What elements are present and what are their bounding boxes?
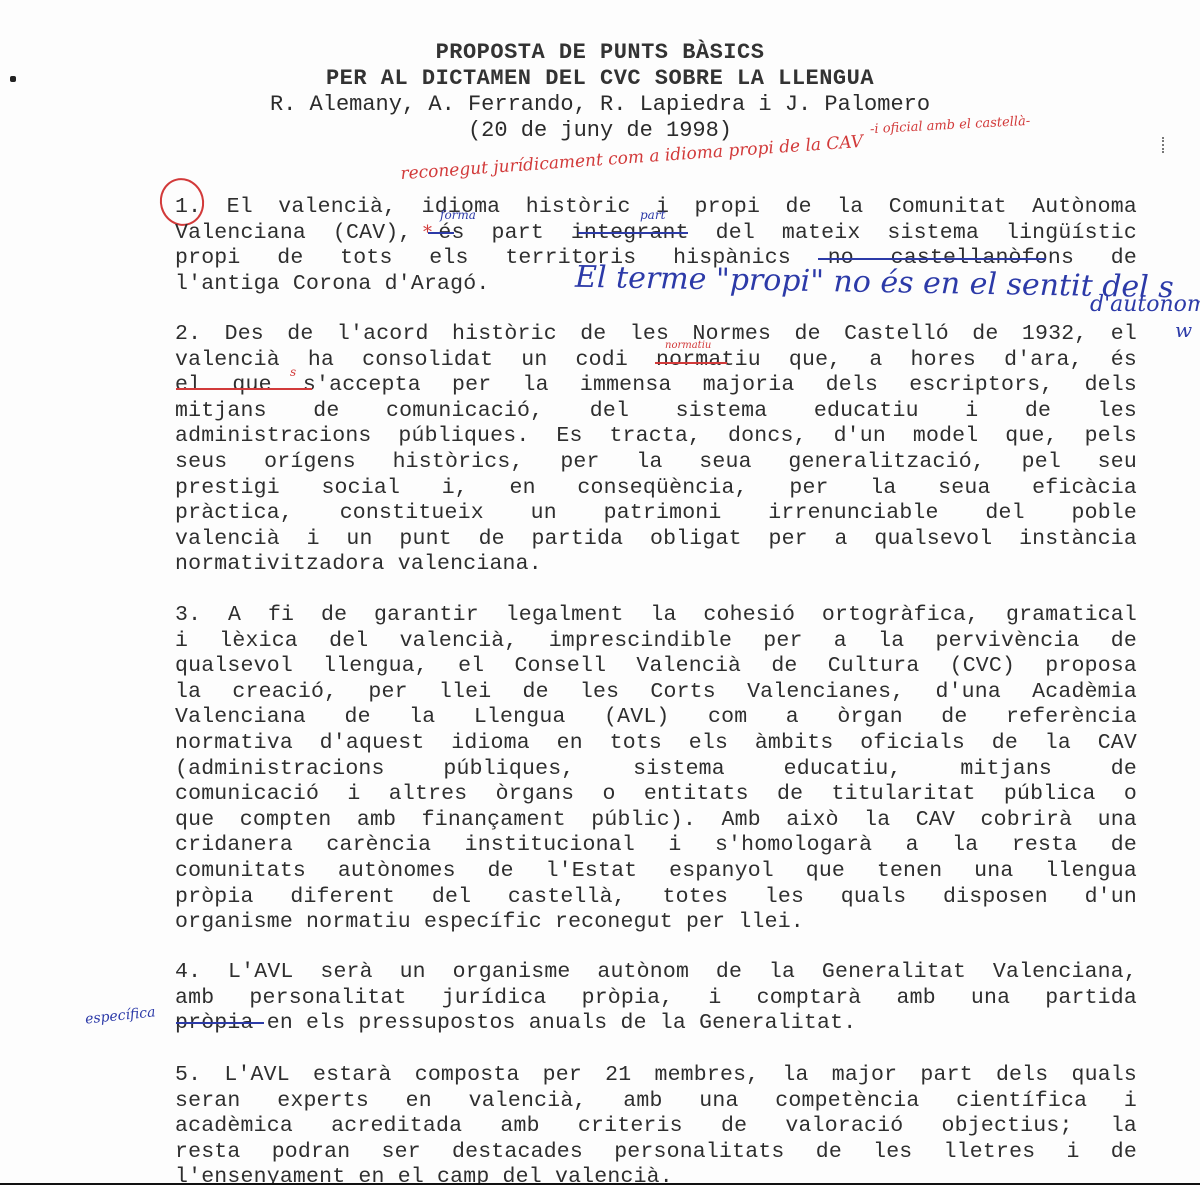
strikethrough-normatiu (655, 362, 727, 364)
paragraph-line: valencià ha consolidat un codi normatiu … (175, 348, 1137, 374)
paragraph-5: 5. L'AVL estarà composta per 21 membres,… (175, 1063, 1137, 1185)
handwritten-normatiu: normatiu (665, 340, 711, 351)
paragraph-line: organisme normatiu específic reconegut p… (175, 910, 1137, 936)
paragraph-line: (administracions públiques, sistema educ… (175, 757, 1137, 783)
handwritten-s: s (290, 365, 296, 379)
strikethrough-el-que (176, 388, 312, 390)
handwritten-note-autonomia: d'autonom (1090, 292, 1200, 317)
paragraph-3: 3. A fi de garantir legalment la cohesió… (175, 603, 1137, 936)
paragraph-line: pròpia diferent del castellà, totes les … (175, 885, 1137, 911)
title-line-1: PROPOSTA DE PUNTS BÀSICS (0, 40, 1200, 66)
paragraph-line: 4. L'AVL serà un organisme autònom de la… (175, 960, 1137, 986)
strikethrough-propia (176, 1022, 264, 1024)
paragraph-line: el que s'accepta per la immensa majoria … (175, 373, 1137, 399)
paragraph-line: cridanera carència institucional i s'hom… (175, 833, 1137, 859)
paragraph-line: prestigi social i, en conseqüència, per … (175, 476, 1137, 502)
document-page: PROPOSTA DE PUNTS BÀSICS PER AL DICTAMEN… (0, 0, 1200, 1183)
paragraph-line: qualsevol llengua, el Consell Valencià d… (175, 654, 1137, 680)
paragraph-line: pràctica, constitueix un patrimoni irren… (175, 501, 1137, 527)
paragraph-line: comunitats autònomes de l'Estat espanyol… (175, 859, 1137, 885)
paragraph-line: la creació, per llei de les Corts Valenc… (175, 680, 1137, 706)
title-line-2: PER AL DICTAMEN DEL CVC SOBRE LA LLENGUA (0, 66, 1200, 92)
paragraph-4: 4. L'AVL serà un organisme autònom de la… (175, 960, 1137, 1037)
paragraph-line: 3. A fi de garantir legalment la cohesió… (175, 603, 1137, 629)
handwritten-part: part (640, 208, 665, 222)
paragraph-line: pròpia en els pressupostos anuals de la … (175, 1011, 1137, 1037)
paragraph-line: resta podran ser destacades personalitat… (175, 1140, 1137, 1166)
paragraph-line: valencià i un punt de partida obligat pe… (175, 527, 1137, 553)
handwritten-forma: forma (440, 208, 476, 222)
paragraph-line: mitjans de comunicació, del sistema educ… (175, 399, 1137, 425)
paragraph-line: acadèmica acreditada amb criteris de val… (175, 1114, 1137, 1140)
paragraph-line: amb personalitat jurídica pròpia, i comp… (175, 986, 1137, 1012)
paragraph-line: seus orígens històrics, per la seua gene… (175, 450, 1137, 476)
paragraph-line: 2. Des de l'acord històric de les Normes… (175, 322, 1137, 348)
strikethrough-es (428, 232, 454, 234)
paragraph-line: Valenciana de la Llengua (AVL) com a òrg… (175, 705, 1137, 731)
paragraph-line: normativitzadora valenciana. (175, 552, 1137, 578)
strikethrough-no-castellanofons (818, 258, 1046, 260)
paragraph-line: que compten amb finançament públic). Amb… (175, 808, 1137, 834)
paragraph-line: 5. L'AVL estarà composta per 21 membres,… (175, 1063, 1137, 1089)
paragraph-line: comunicació i altres òrgans o entitats d… (175, 782, 1137, 808)
strikethrough-integrant (578, 232, 688, 234)
paragraph-line: i lèxica del valencià, imprescindible pe… (175, 629, 1137, 655)
paragraph-line: administracions públiques. Es tracta, do… (175, 424, 1137, 450)
handwritten-especifica: específica (84, 1004, 156, 1027)
paragraph-2: 2. Des de l'acord històric de les Normes… (175, 322, 1137, 578)
paragraph-line: seran experts en valencià, amb una compe… (175, 1089, 1137, 1115)
paragraph-line: normativa d'aquest idioma en tots els àm… (175, 731, 1137, 757)
handwritten-margin-w: w (1175, 318, 1192, 342)
